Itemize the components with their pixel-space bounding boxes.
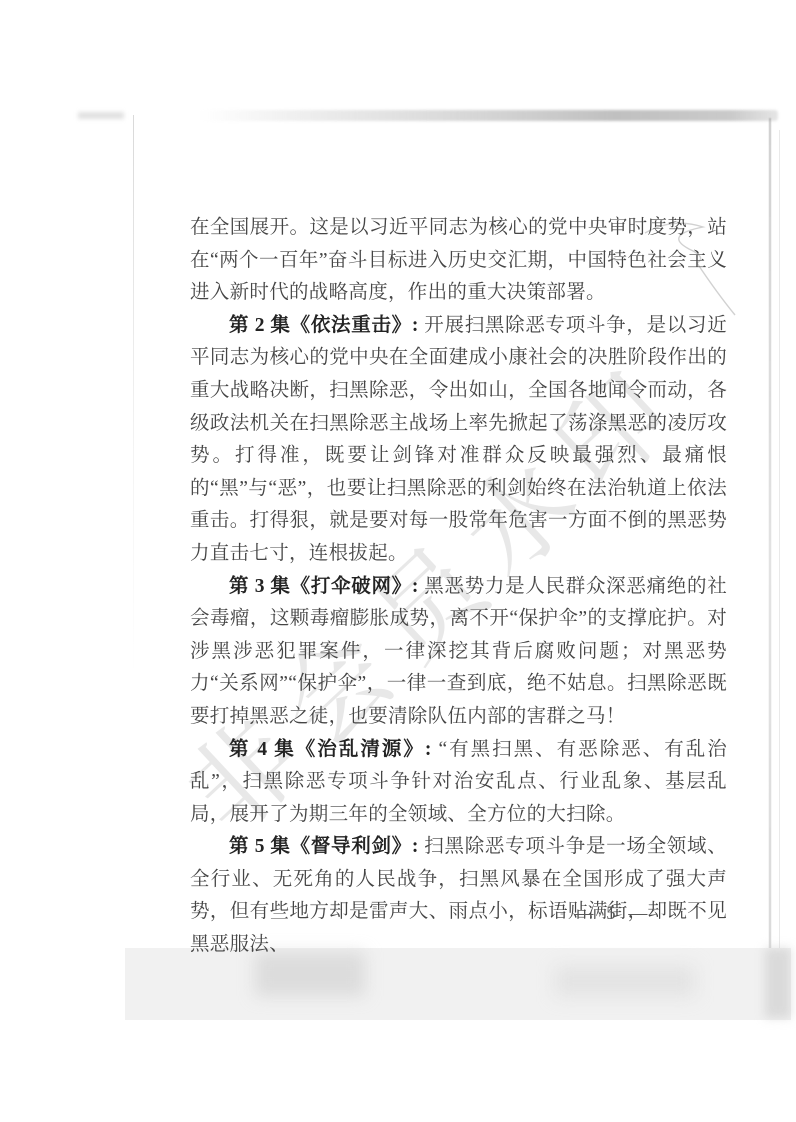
page-right-edge-secondary bbox=[779, 130, 780, 1010]
page-top-edge-shadow bbox=[200, 110, 778, 121]
scan-artifact-dash: - bbox=[560, 905, 564, 920]
paragraph-episode-5: 第 5 集《督导利剑》:扫黑除恶专项斗争是一场全领域、全行业、无死角的人民战争，… bbox=[190, 831, 727, 961]
page-number: -— 5 — bbox=[560, 903, 740, 925]
paragraph-text: 开展扫黑除恶专项斗争，是以习近平同志为核心的党中央在全面建成小康社会的决胜阶段作… bbox=[190, 315, 727, 564]
document-body: 在全国展开。这是以习近平同志为核心的党中央审时度势，站在“两个一百年”奋斗目标进… bbox=[190, 212, 727, 962]
episode-3-title: 第 3 集《打伞破网》: bbox=[229, 576, 424, 597]
paragraph-text: 在全国展开。这是以习近平同志为核心的党中央审时度势，站在“两个一百年”奋斗目标进… bbox=[190, 217, 727, 303]
paragraph-episode-4: 第 4 集《治乱清源》:“有黑扫黑、有恶除恶、有乱治乱”，扫黑除恶专项斗争针对治… bbox=[190, 734, 727, 832]
episode-5-title: 第 5 集《督导利剑》: bbox=[229, 836, 424, 857]
page-top-edge-smudge bbox=[78, 112, 124, 119]
episode-4-title: 第 4 集《治乱清源》: bbox=[229, 739, 439, 760]
page-left-edge bbox=[133, 115, 134, 675]
episode-2-title: 第 2 集《依法重击》: bbox=[229, 315, 424, 336]
page-number-label: — 5 — bbox=[574, 903, 651, 924]
scanned-document-page: 非会员水印 在全国展开。这是以习近平同志为核心的党中央审时度势，站在“两个一百年… bbox=[0, 0, 796, 1122]
paragraph-text: 黑恶势力是人民群众深恶痛绝的社会毒瘤，这颗毒瘤膨胀成势，离不开“保护伞”的支撑庇… bbox=[190, 576, 727, 727]
scan-smudge bbox=[555, 966, 695, 996]
page-right-edge bbox=[769, 118, 771, 1018]
paragraph-episode-2: 第 2 集《依法重击》:开展扫黑除恶专项斗争，是以习近平同志为核心的党中央在全面… bbox=[190, 310, 727, 571]
paragraph-continued: 在全国展开。这是以习近平同志为核心的党中央审时度势，站在“两个一百年”奋斗目标进… bbox=[190, 212, 727, 310]
scan-smudge bbox=[765, 948, 791, 1018]
paragraph-episode-3: 第 3 集《打伞破网》:黑恶势力是人民群众深恶痛绝的社会毒瘤，这颗毒瘤膨胀成势，… bbox=[190, 571, 727, 734]
